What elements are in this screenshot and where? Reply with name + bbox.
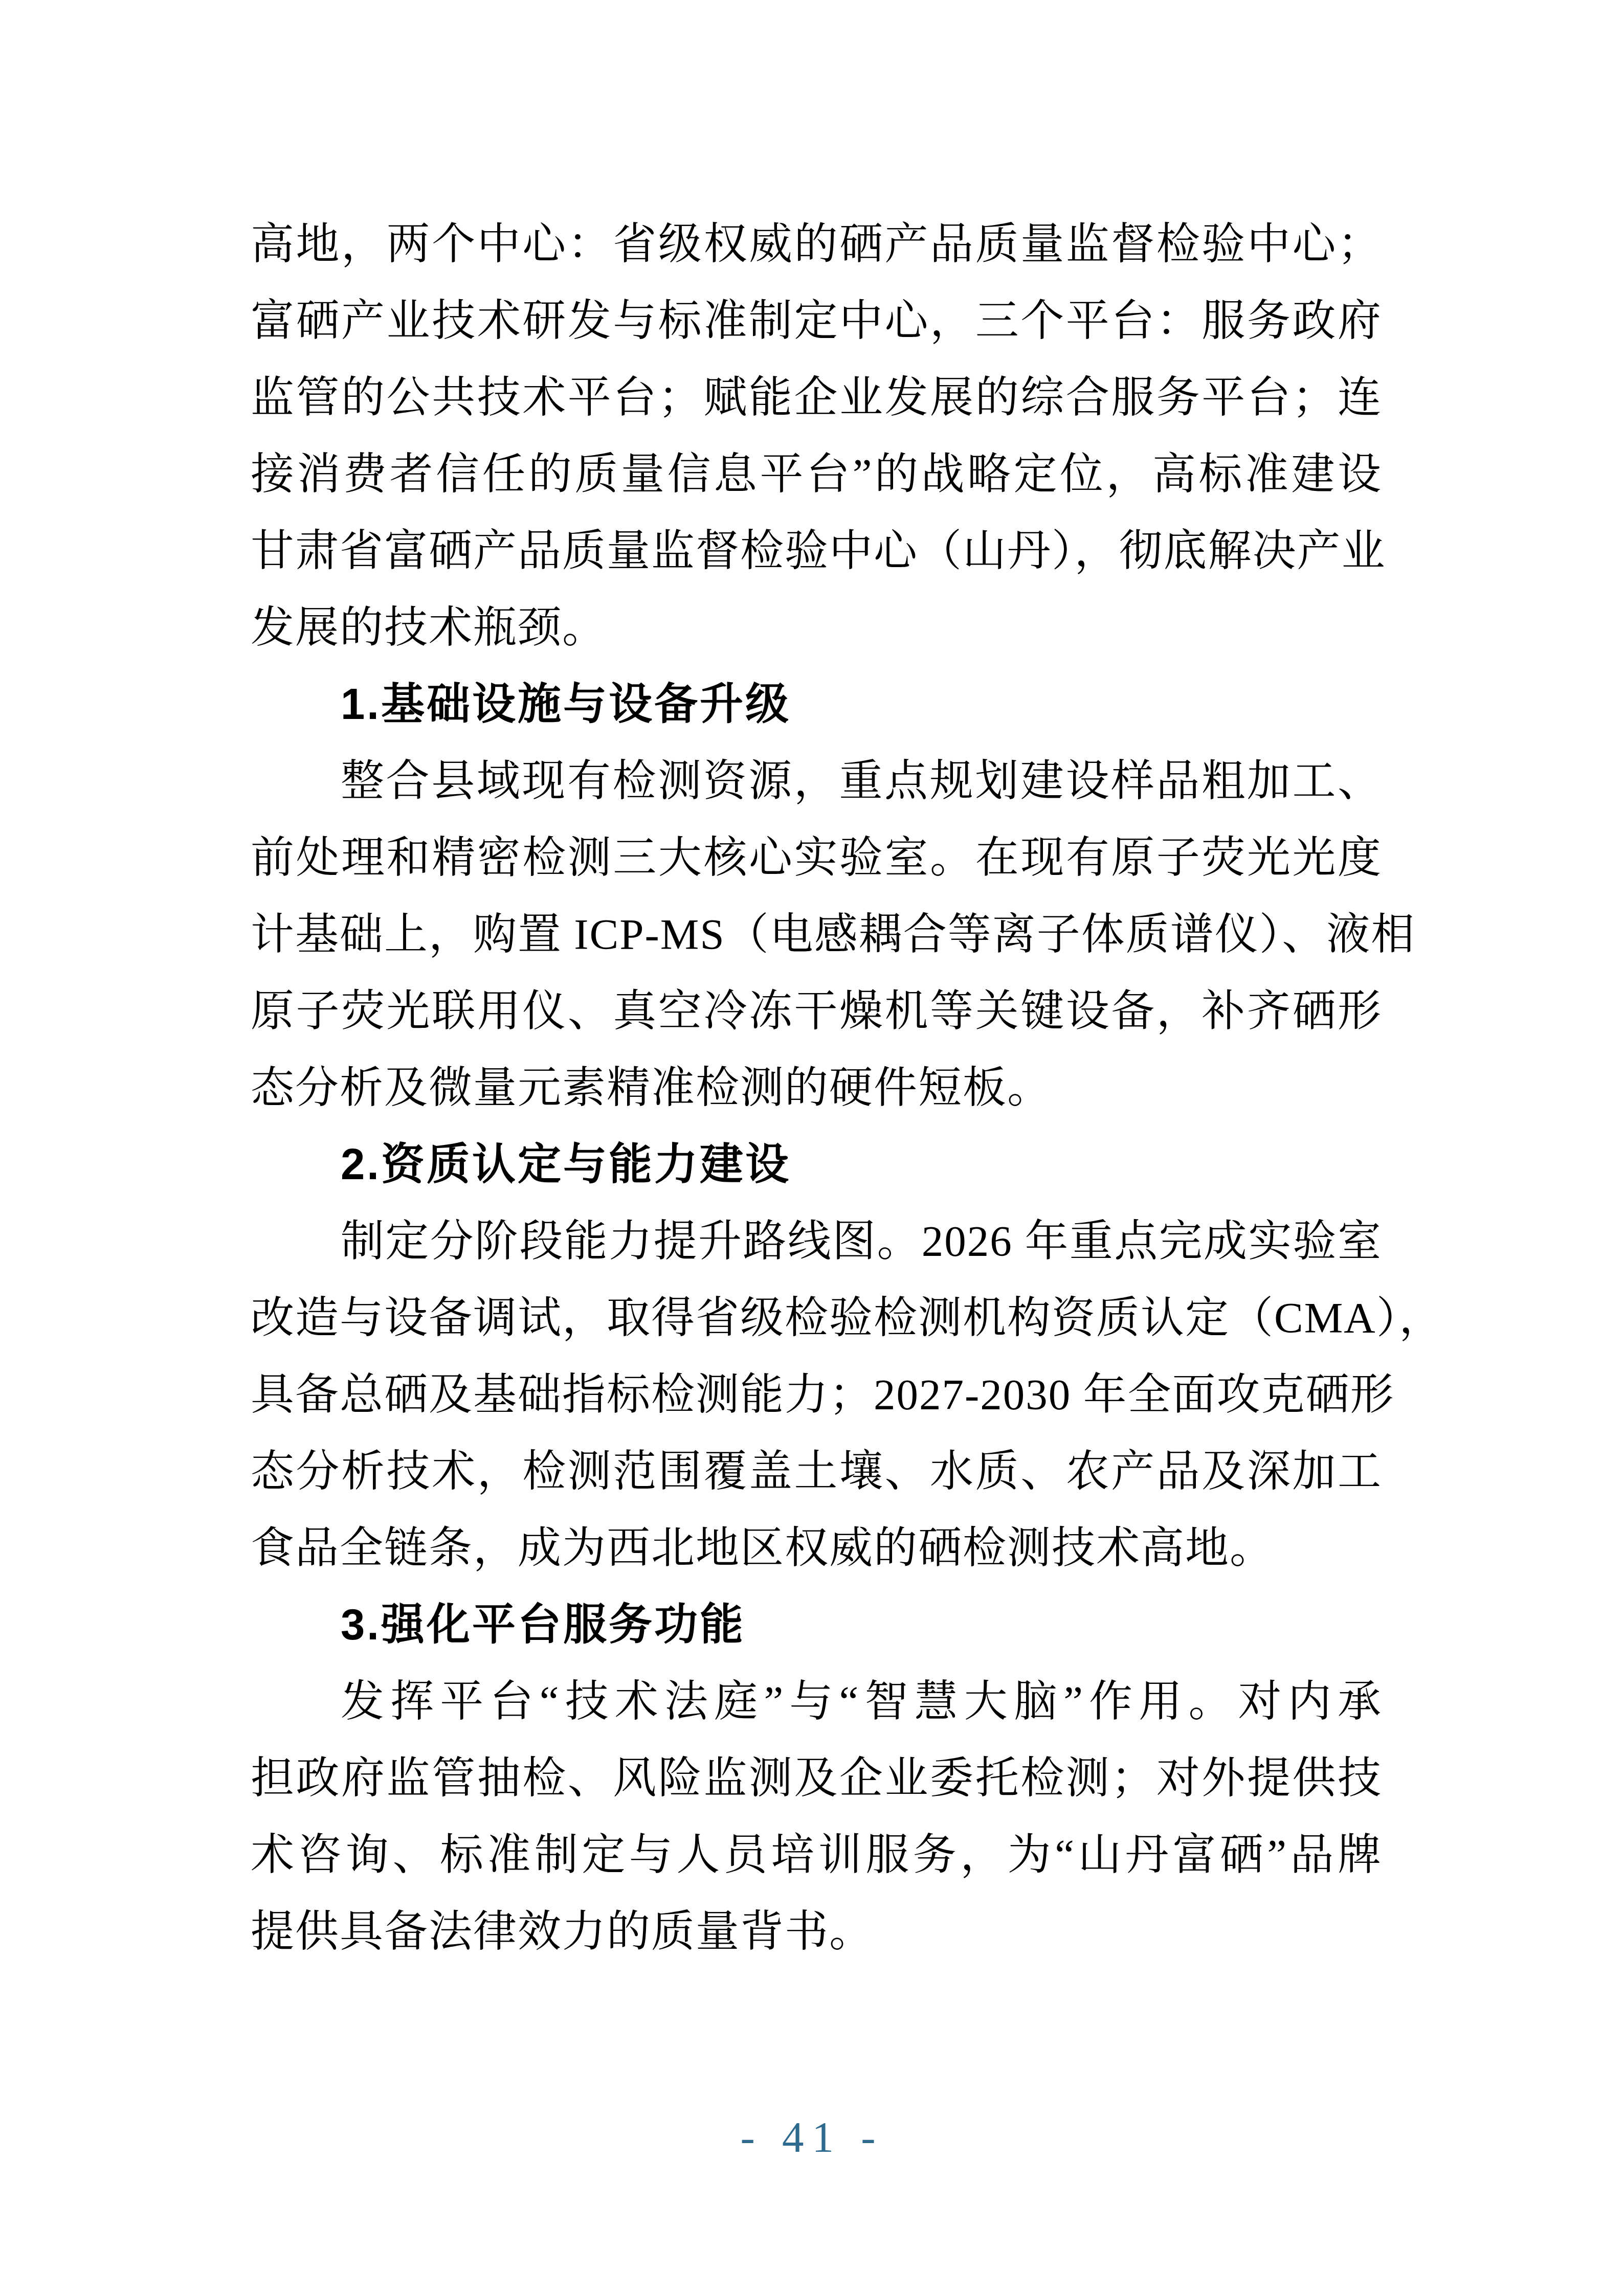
text-line: 改造与设备调试，取得省级检验检测机构资质认定（CMA），: [251, 1280, 1382, 1357]
page-body-text: 高地，两个中心：省级权威的硒产品质量监督检验中心； 富硒产业技术研发与标准制定中…: [251, 206, 1382, 1970]
paragraph-2: 整合县域现有检测资源，重点规划建设样品粗加工、 前处理和精密检测三大核心实验室。…: [251, 743, 1382, 1127]
section-heading-1: 1.基础设施与设备升级: [251, 666, 1382, 743]
text-line: 接消费者信任的质量信息平台”的战略定位，高标准建设: [251, 436, 1382, 513]
page-footer: - 41 -: [0, 2099, 1624, 2176]
text-line: 发挥平台“技术法庭”与“智慧大脑”作用。对内承: [251, 1663, 1382, 1740]
section-heading-2: 2.资质认定与能力建设: [251, 1127, 1382, 1203]
text-line: 态分析技术，检测范围覆盖土壤、水质、农产品及深加工: [251, 1433, 1382, 1510]
text-line: 制定分阶段能力提升路线图。2026 年重点完成实验室: [251, 1203, 1382, 1280]
text-line: 担政府监管抽检、风险监测及企业委托检测；对外提供技: [251, 1740, 1382, 1817]
paragraph-1: 高地，两个中心：省级权威的硒产品质量监督检验中心； 富硒产业技术研发与标准制定中…: [251, 206, 1382, 666]
text-line: 食品全链条，成为西北地区权威的硒检测技术高地。: [251, 1510, 1382, 1587]
text-line: 甘肃省富硒产品质量监督检验中心（山丹），彻底解决产业: [251, 513, 1382, 590]
paragraph-4: 发挥平台“技术法庭”与“智慧大脑”作用。对内承 担政府监管抽检、风险监测及企业委…: [251, 1663, 1382, 1970]
text-line: 态分析及微量元素精准检测的硬件短板。: [251, 1050, 1382, 1127]
text-line: 监管的公共技术平台；赋能企业发展的综合服务平台；连: [251, 359, 1382, 436]
text-line: 高地，两个中心：省级权威的硒产品质量监督检验中心；: [251, 206, 1382, 283]
text-line: 富硒产业技术研发与标准制定中心，三个平台：服务政府: [251, 283, 1382, 359]
text-line: 发展的技术瓶颈。: [251, 590, 1382, 666]
text-line: 具备总硒及基础指标检测能力；2027-2030 年全面攻克硒形: [251, 1357, 1382, 1433]
text-line: 原子荧光联用仪、真空冷冻干燥机等关键设备，补齐硒形: [251, 973, 1382, 1050]
document-page: 高地，两个中心：省级权威的硒产品质量监督检验中心； 富硒产业技术研发与标准制定中…: [0, 0, 1624, 2296]
paragraph-3: 制定分阶段能力提升路线图。2026 年重点完成实验室 改造与设备调试，取得省级检…: [251, 1203, 1382, 1587]
section-heading-3: 3.强化平台服务功能: [251, 1587, 1382, 1663]
text-line: 术咨询、标准制定与人员培训服务，为“山丹富硒”品牌: [251, 1817, 1382, 1894]
text-line: 整合县域现有检测资源，重点规划建设样品粗加工、: [251, 743, 1382, 820]
text-line: 计基础上，购置 ICP-MS（电感耦合等离子体质谱仪）、液相: [251, 896, 1382, 973]
page-number: - 41 -: [740, 2113, 883, 2162]
text-line: 前处理和精密检测三大核心实验室。在现有原子荧光光度: [251, 820, 1382, 896]
text-line: 提供具备法律效力的质量背书。: [251, 1894, 1382, 1970]
